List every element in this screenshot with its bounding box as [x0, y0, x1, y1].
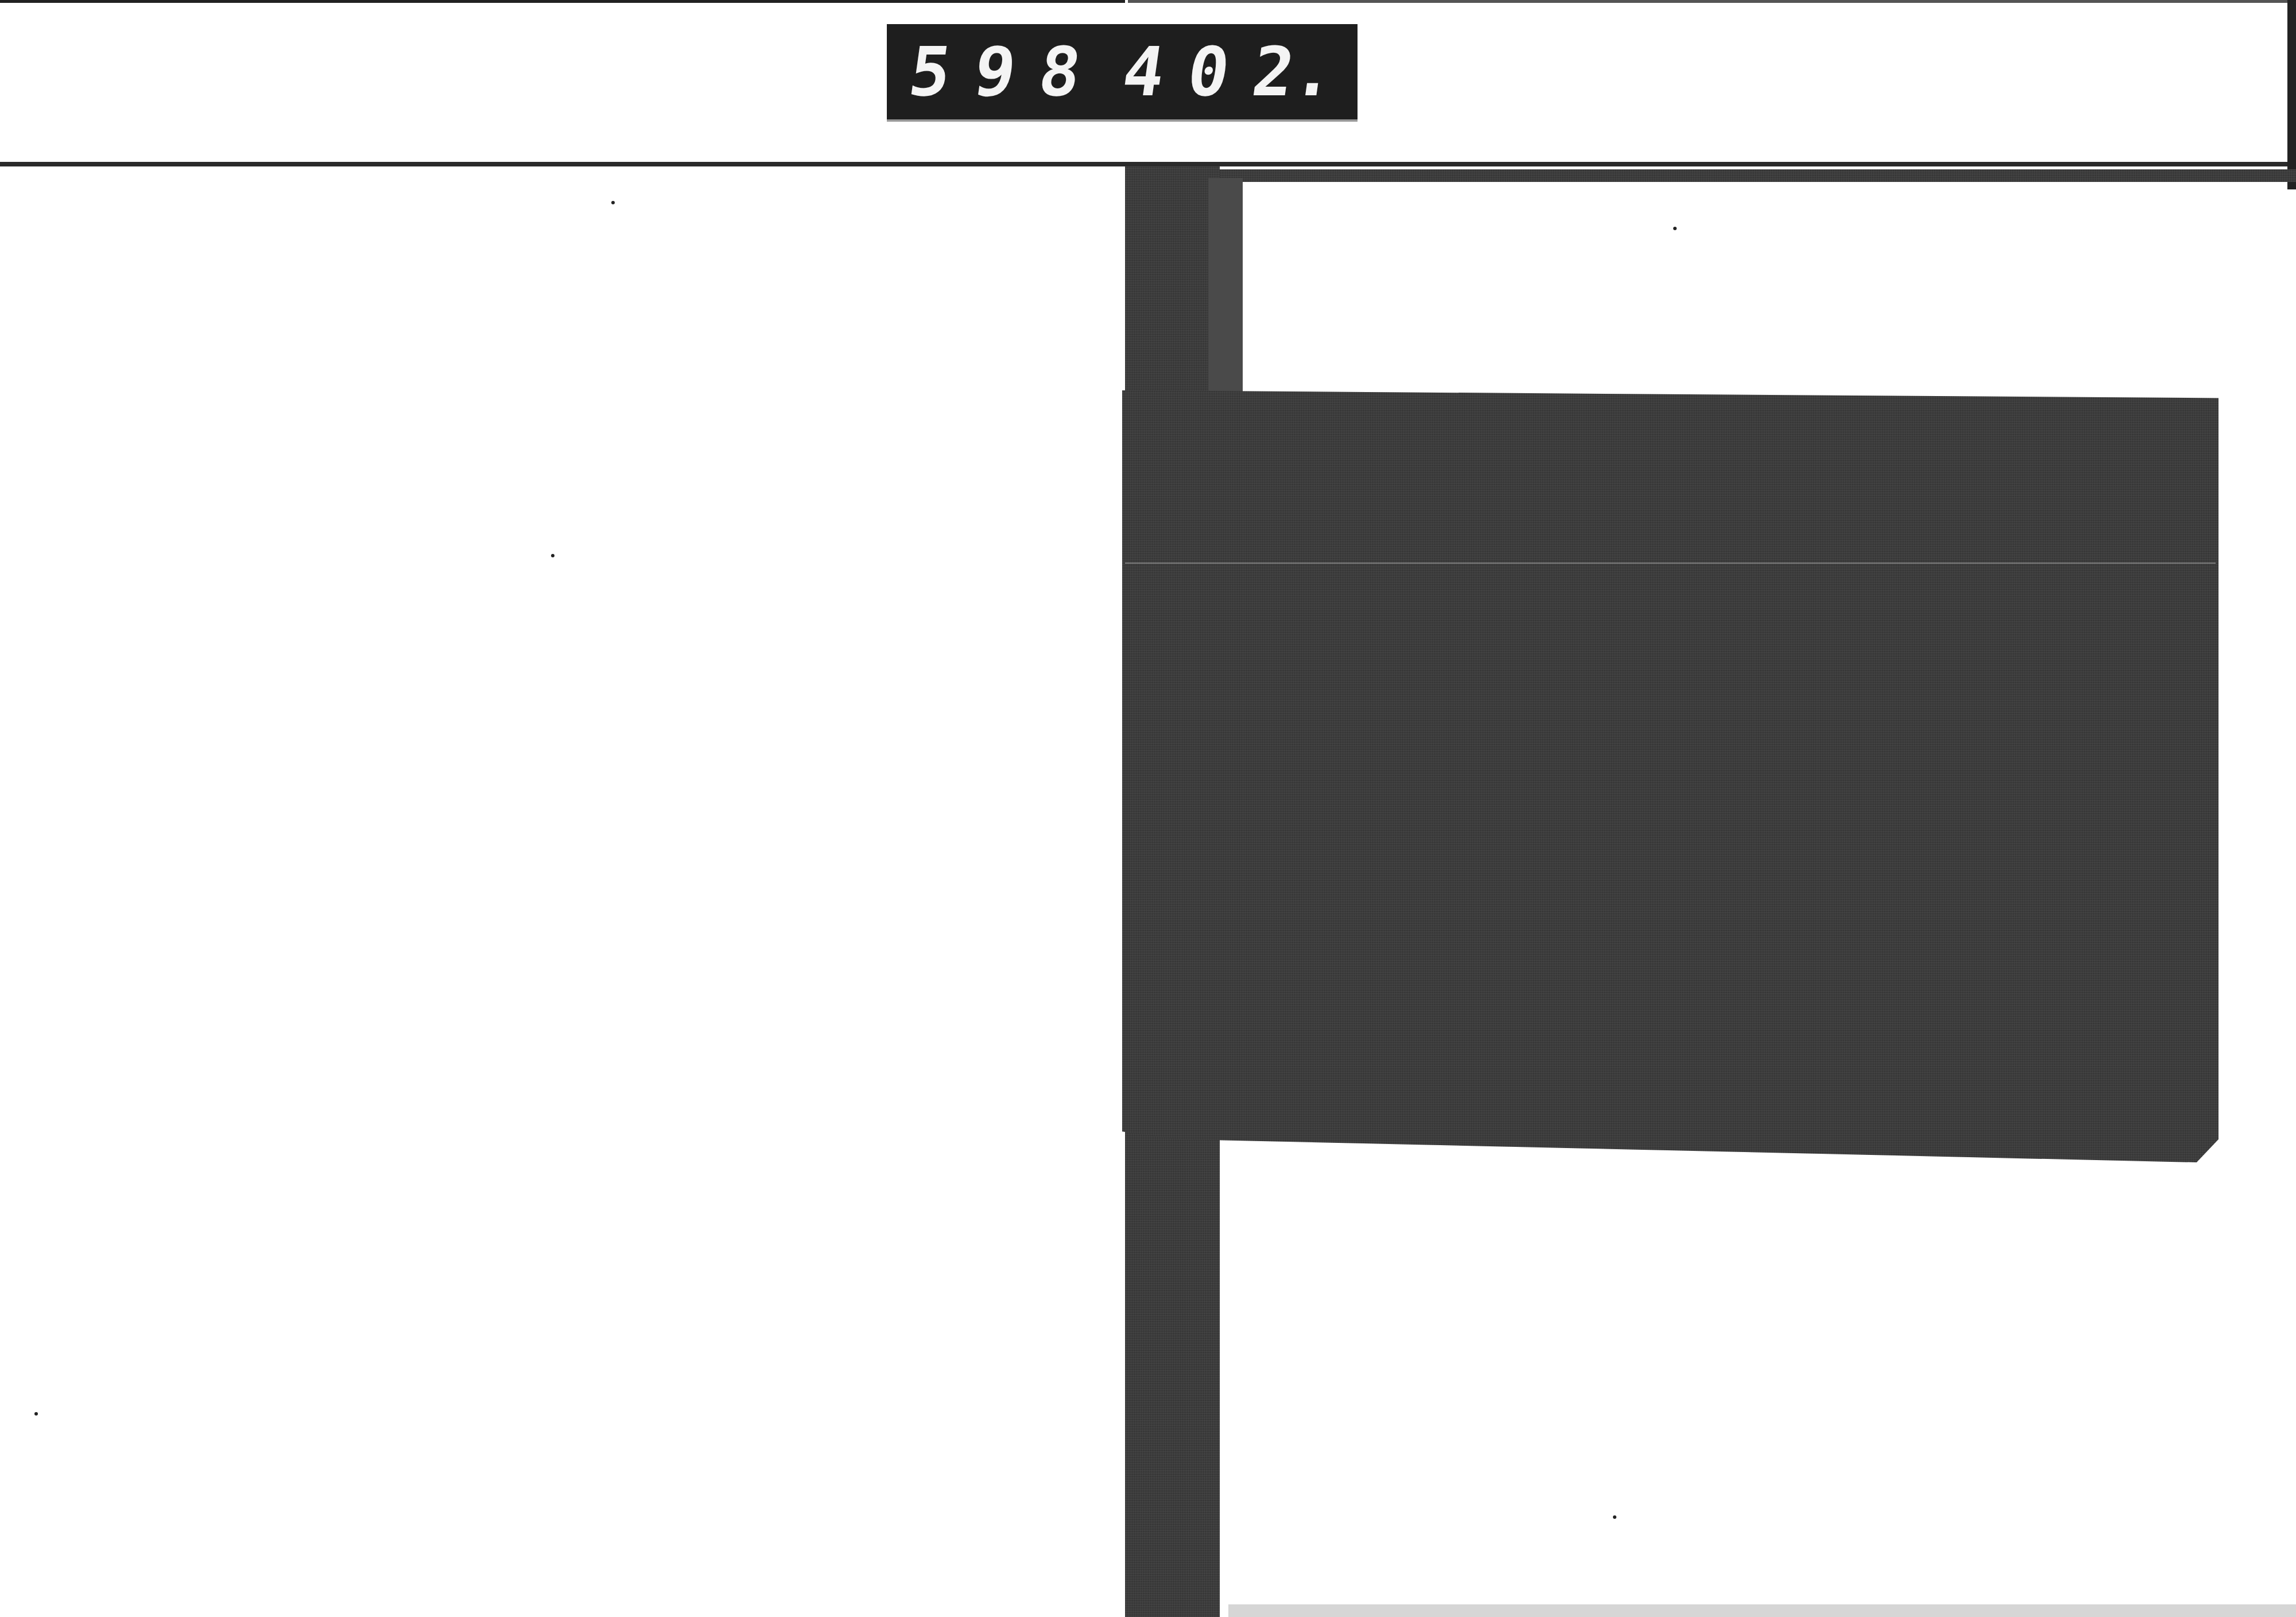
frame-counter-right-group: 4 0 2. — [1123, 38, 1335, 106]
counter-digit: 0 — [1184, 38, 1234, 106]
counter-digit: 2. — [1248, 38, 1340, 106]
scan-top-edge-right — [1128, 0, 2296, 3]
scan-speck — [611, 201, 615, 204]
scan-speck — [1673, 227, 1677, 230]
counter-digit: 4 — [1119, 38, 1169, 106]
scan-speck — [1613, 1515, 1616, 1519]
counter-digit: 9 — [970, 38, 1021, 106]
counter-digit: 5 — [905, 38, 956, 106]
scan-right-edge — [2287, 0, 2296, 189]
scan-binding-edge — [1208, 178, 1243, 396]
scan-top-edge-left — [0, 0, 1125, 3]
scan-top-dark-band — [1131, 169, 2296, 182]
scan-speck — [34, 1412, 38, 1416]
counter-digit: 8 — [1035, 38, 1085, 106]
header-separator-rule — [0, 162, 2296, 166]
scan-dark-region — [1122, 390, 2219, 1162]
frame-counter: 5 9 8 4 0 2. — [887, 24, 1358, 122]
scan-bottom-edge — [1228, 1604, 2296, 1617]
frame-counter-left-group: 5 9 8 — [910, 38, 1080, 106]
scan-artifact-line — [1125, 563, 2216, 564]
scan-speck — [551, 554, 554, 557]
